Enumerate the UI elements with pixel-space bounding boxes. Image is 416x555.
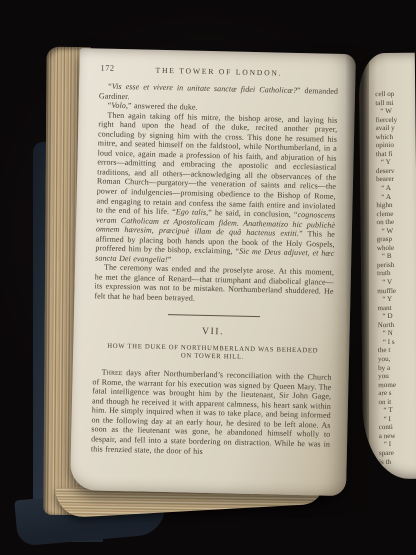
text-fragment-line: “ I: [384, 414, 416, 423]
text-fragment-line: “ B: [382, 252, 416, 261]
text-fragment-line: “ A: [381, 184, 416, 193]
gutter-shadow: [345, 46, 369, 514]
text-fragment-line: “ N: [383, 329, 416, 338]
text-fragment-line: “ W: [382, 226, 416, 235]
text-fragment-line: “ Y: [381, 158, 416, 167]
text-fragment-line: a new: [379, 432, 416, 441]
paragraph: Three days after Northumberland’s reconc…: [91, 368, 332, 459]
chapter-number: VII.: [94, 323, 333, 339]
left-page: 172 THE TOWER OF LONDON. “Vis esse et vi…: [70, 48, 356, 496]
left-page-content: 172 THE TOWER OF LONDON. “Vis esse et vi…: [71, 48, 356, 459]
text-fragment-line: by a: [378, 363, 416, 372]
text-fragment-line: the t: [378, 346, 416, 355]
text-fragment-line: mome: [378, 380, 416, 389]
text-fragment-line: you,: [378, 355, 416, 364]
section-divider: [167, 314, 259, 317]
text-fragment-line: “ Y: [382, 295, 416, 304]
text-fragment-line: “ T: [383, 406, 416, 415]
paragraph: The ceremony was ended and the proselyte…: [94, 263, 334, 307]
text-fragment-line: perish: [377, 261, 416, 270]
text-fragment-line: are s: [378, 389, 416, 398]
paragraph: Then again taking off his mitre, the bis…: [95, 110, 337, 268]
page-header: 172 THE TOWER OF LONDON.: [99, 63, 338, 80]
text-fragment-line: “ W: [380, 107, 415, 116]
text-fragment-line: truth: [377, 269, 416, 278]
running-header: THE TOWER OF LONDON.: [99, 64, 338, 78]
chapter-title: HOW THE DUKE OF NORTHUMBERLAND WAS BEHEA…: [106, 342, 318, 364]
text-fragment-line: “ V: [382, 278, 416, 287]
text-fragment-line: “ D: [382, 312, 416, 321]
text-fragment-line: on it: [378, 397, 416, 406]
text-fragment-line: “ I: [384, 440, 416, 449]
text-fragment-line: spare: [379, 449, 416, 458]
text-fragment-line: North: [378, 320, 416, 329]
text-fragment-line: you: [378, 372, 416, 381]
text-fragment-line: “ I s: [383, 338, 416, 347]
text-fragment-line: mant: [377, 303, 416, 312]
text-fragment-line: muffle: [377, 286, 416, 295]
body-paragraphs-section-2: Three days after Northumberland’s reconc…: [91, 368, 332, 459]
body-paragraphs-section-1: “Vis esse et vivere in unitate sanctæ fi…: [94, 81, 338, 306]
text-fragment-line: conti: [379, 423, 416, 432]
book-photo: 172 THE TOWER OF LONDON. “Vis esse et vi…: [0, 0, 416, 555]
text-fragment-line: is th: [379, 457, 416, 466]
text-fragment-line: “ A: [381, 192, 416, 201]
